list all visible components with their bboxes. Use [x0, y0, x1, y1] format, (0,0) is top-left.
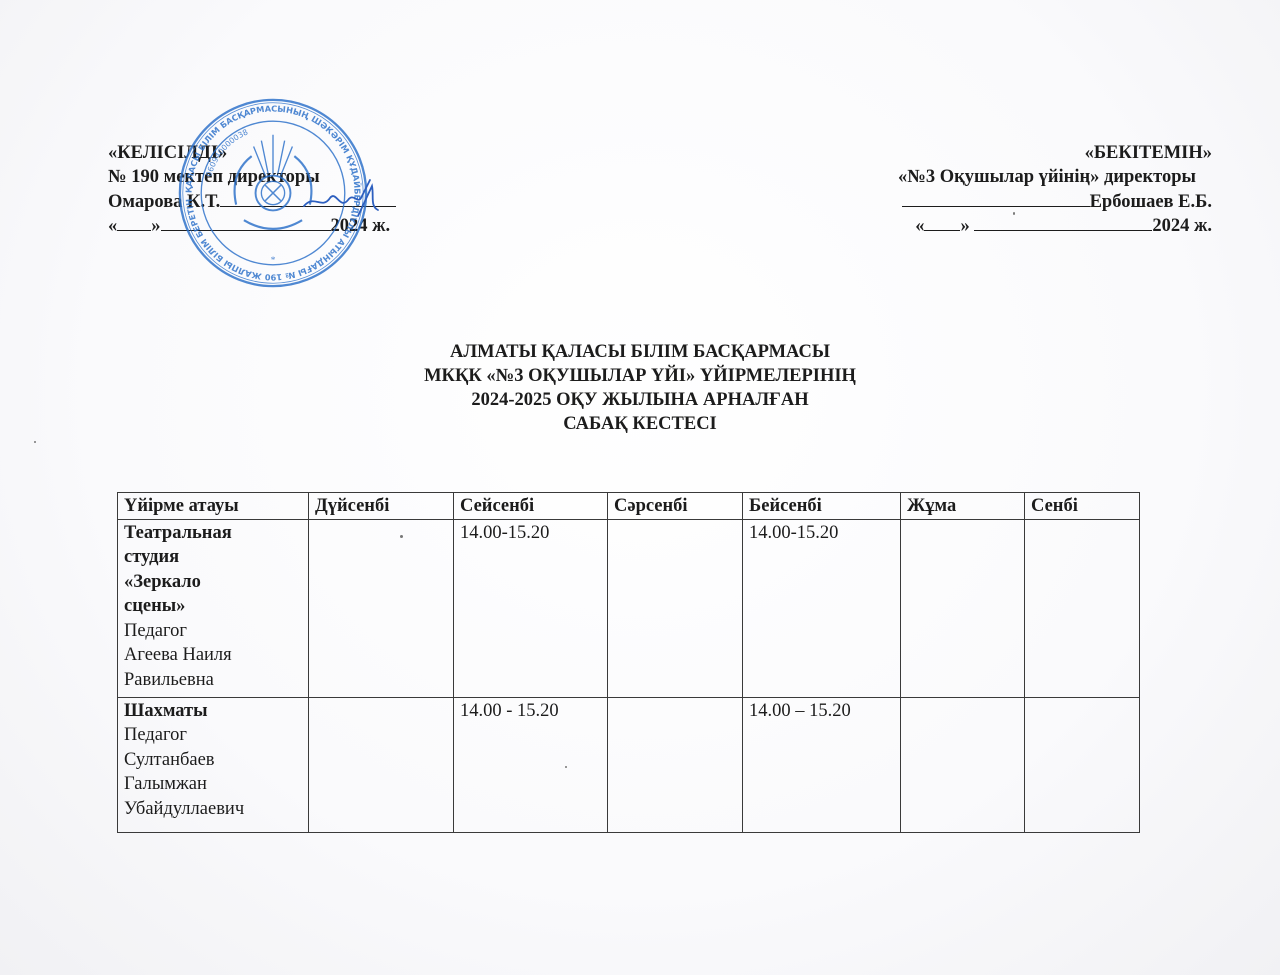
club-name-line: студия [124, 545, 302, 570]
scan-speck [565, 766, 567, 768]
approval-name-line: Ербошаев Е.Б. [792, 190, 1212, 214]
month-blank [974, 214, 1152, 231]
approval-block-agreed: «КЕЛІСІЛДІ» № 190 мектеп директоры Омаро… [108, 141, 438, 239]
header-tuesday: Сейсенбі [454, 493, 608, 520]
club-name: Шахматы [124, 699, 302, 724]
teacher-line: Агеева Наиля [124, 643, 302, 668]
title-line: 2024-2025 ОҚУ ЖЫЛЫНА АРНАЛҒАН [0, 388, 1280, 412]
month-blank [161, 214, 331, 231]
saturday-cell [1025, 697, 1140, 832]
day-blank [117, 214, 151, 231]
document-title: АЛМАТЫ ҚАЛАСЫ БІЛІМ БАСҚАРМАСЫ МКҚК «№3 … [0, 340, 1280, 436]
thursday-cell: 14.00-15.20 [743, 519, 901, 697]
tuesday-cell: 14.00 - 15.20 [454, 697, 608, 832]
approval-block-approve: «БЕКІТЕМІН» «№3 Оқушылар үйінің» директо… [792, 141, 1212, 239]
club-name: Театральная студия «Зеркало сцены» [124, 521, 302, 619]
saturday-cell [1025, 519, 1140, 697]
scan-speck [34, 441, 36, 443]
signature-line [220, 190, 396, 207]
title-line: АЛМАТЫ ҚАЛАСЫ БІЛІМ БАСҚАРМАСЫ [0, 340, 1280, 364]
approval-date-line: «»2024 ж. [108, 214, 438, 238]
approval-position: № 190 мектеп директоры [108, 165, 438, 189]
header-monday: Дүйсенбі [309, 493, 454, 520]
wednesday-cell [608, 519, 743, 697]
friday-cell [901, 519, 1025, 697]
club-name-line: «Зеркало [124, 570, 302, 595]
table-header-row: Үйірме атауы Дүйсенбі Сейсенбі Сәрсенбі … [118, 493, 1140, 520]
teacher-line: Султанбаев [124, 748, 302, 773]
club-name-line: Театральная [124, 521, 302, 546]
club-name-line: сцены» [124, 594, 302, 619]
approval-position: «№3 Оқушылар үйінің» директоры [792, 165, 1196, 189]
approval-name: Омарова К.Т. [108, 192, 220, 212]
signature-line [902, 190, 1090, 207]
header-wednesday: Сәрсенбі [608, 493, 743, 520]
friday-cell [901, 697, 1025, 832]
teacher-line: Убайдуллаевич [124, 797, 302, 822]
table-row: Театральная студия «Зеркало сцены» Педаг… [118, 519, 1140, 697]
day-blank [924, 214, 960, 231]
scan-speck [400, 535, 403, 538]
teacher-line: Равильевна [124, 668, 302, 693]
approval-year: 2024 ж. [331, 216, 391, 236]
approval-date-line: «» 2024 ж. [792, 214, 1212, 238]
monday-cell [309, 697, 454, 832]
club-name-line: Шахматы [124, 699, 302, 724]
approval-year: 2024 ж. [1152, 216, 1212, 236]
title-line: САБАҚ КЕСТЕСІ [0, 412, 1280, 436]
approval-heading: «БЕКІТЕМІН» [792, 141, 1212, 165]
date-quote-close: » [151, 216, 160, 236]
tuesday-cell: 14.00-15.20 [454, 519, 608, 697]
wednesday-cell [608, 697, 743, 832]
teacher-line: Галымжан [124, 772, 302, 797]
approval-name-line: Омарова К.Т. [108, 190, 438, 214]
approval-name: Ербошаев Е.Б. [1090, 192, 1212, 212]
table-row: Шахматы Педагог Султанбаев Галымжан Убай… [118, 697, 1140, 832]
teacher-line: Педагог [124, 619, 302, 644]
date-quote-open: « [915, 216, 924, 236]
header-saturday: Сенбі [1025, 493, 1140, 520]
title-line: МКҚК «№3 ОҚУШЫЛАР ҮЙІ» ҮЙІРМЕЛЕРІНІҢ [0, 364, 1280, 388]
schedule-table: Үйірме атауы Дүйсенбі Сейсенбі Сәрсенбі … [117, 492, 1140, 833]
thursday-cell: 14.00 – 15.20 [743, 697, 901, 832]
club-cell: Театральная студия «Зеркало сцены» Педаг… [118, 519, 309, 697]
scan-speck [1013, 212, 1015, 215]
date-quote-close: » [960, 216, 969, 236]
teacher-info: Педагог Султанбаев Галымжан Убайдуллаеви… [124, 723, 302, 821]
club-cell: Шахматы Педагог Султанбаев Галымжан Убай… [118, 697, 309, 832]
approval-heading: «КЕЛІСІЛДІ» [108, 141, 438, 165]
monday-cell [309, 519, 454, 697]
header-friday: Жұма [901, 493, 1025, 520]
header-thursday: Бейсенбі [743, 493, 901, 520]
date-quote-open: « [108, 216, 117, 236]
header-club-name: Үйірме атауы [118, 493, 309, 520]
teacher-line: Педагог [124, 723, 302, 748]
teacher-info: Педагог Агеева Наиля Равильевна [124, 619, 302, 693]
